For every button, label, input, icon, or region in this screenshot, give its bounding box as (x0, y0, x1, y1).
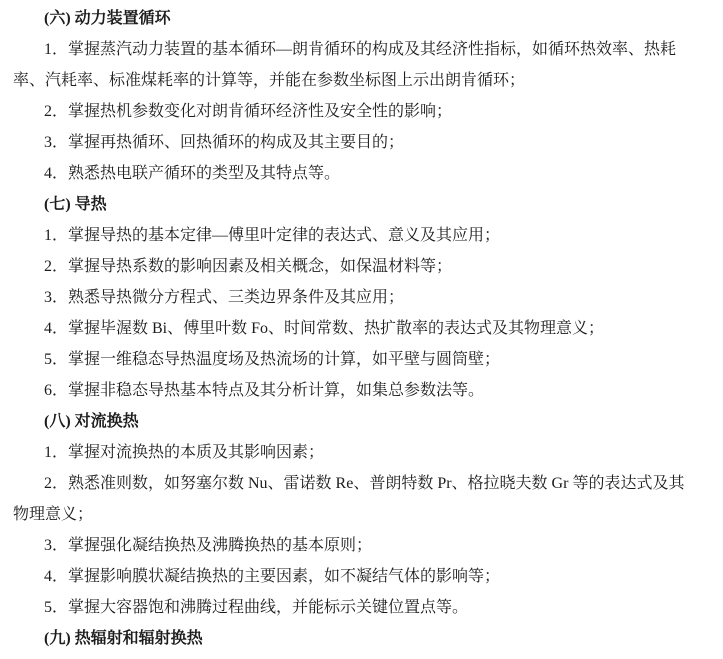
list-item: 2．掌握热机参数变化对朗肯循环经济性及安全性的影响； (13, 96, 700, 127)
list-item: 3．掌握再热循环、回热循环的构成及其主要目的； (13, 127, 700, 158)
list-item: 5．掌握大容器饱和沸腾过程曲线，并能标示关键位置点等。 (13, 592, 700, 623)
list-item: 6．掌握非稳态导热基本特点及其分析计算，如集总参数法等。 (13, 375, 700, 406)
list-item: 1．掌握对流换热的本质及其影响因素； (13, 437, 700, 468)
list-item: 4．熟悉热电联产循环的类型及其特点等。 (13, 158, 700, 189)
section-heading-6: (六) 动力装置循环 (13, 3, 700, 34)
list-item: 2．熟悉准则数，如努塞尔数 Nu、雷诺数 Re、普朗特数 Pr、格拉晓夫数 Gr… (13, 468, 700, 530)
list-item: 4．掌握毕渥数 Bi、傅里叶数 Fo、时间常数、热扩散率的表达式及其物理意义； (13, 313, 700, 344)
section-heading-7: (七) 导热 (13, 189, 700, 220)
document-page: (六) 动力装置循环 1．掌握蒸汽动力装置的基本循环—朗肯循环的构成及其经济性指… (0, 0, 705, 654)
list-item: 5．掌握一维稳态导热温度场及热流场的计算，如平壁与圆筒壁； (13, 344, 700, 375)
list-item: 4．掌握影响膜状凝结换热的主要因素，如不凝结气体的影响等； (13, 561, 700, 592)
list-item: 1．掌握蒸汽动力装置的基本循环—朗肯循环的构成及其经济性指标，如循环热效率、热耗… (13, 34, 700, 96)
list-item: 3．掌握强化凝结换热及沸腾换热的基本原则； (13, 530, 700, 561)
list-item: 2．掌握导热系数的影响因素及相关概念，如保温材料等； (13, 251, 700, 282)
section-heading-9: (九) 热辐射和辐射换热 (13, 623, 700, 654)
list-item: 1．掌握导热的基本定律—傅里叶定律的表达式、意义及其应用； (13, 220, 700, 251)
list-item: 3．熟悉导热微分方程式、三类边界条件及其应用； (13, 282, 700, 313)
section-heading-8: (八) 对流换热 (13, 406, 700, 437)
